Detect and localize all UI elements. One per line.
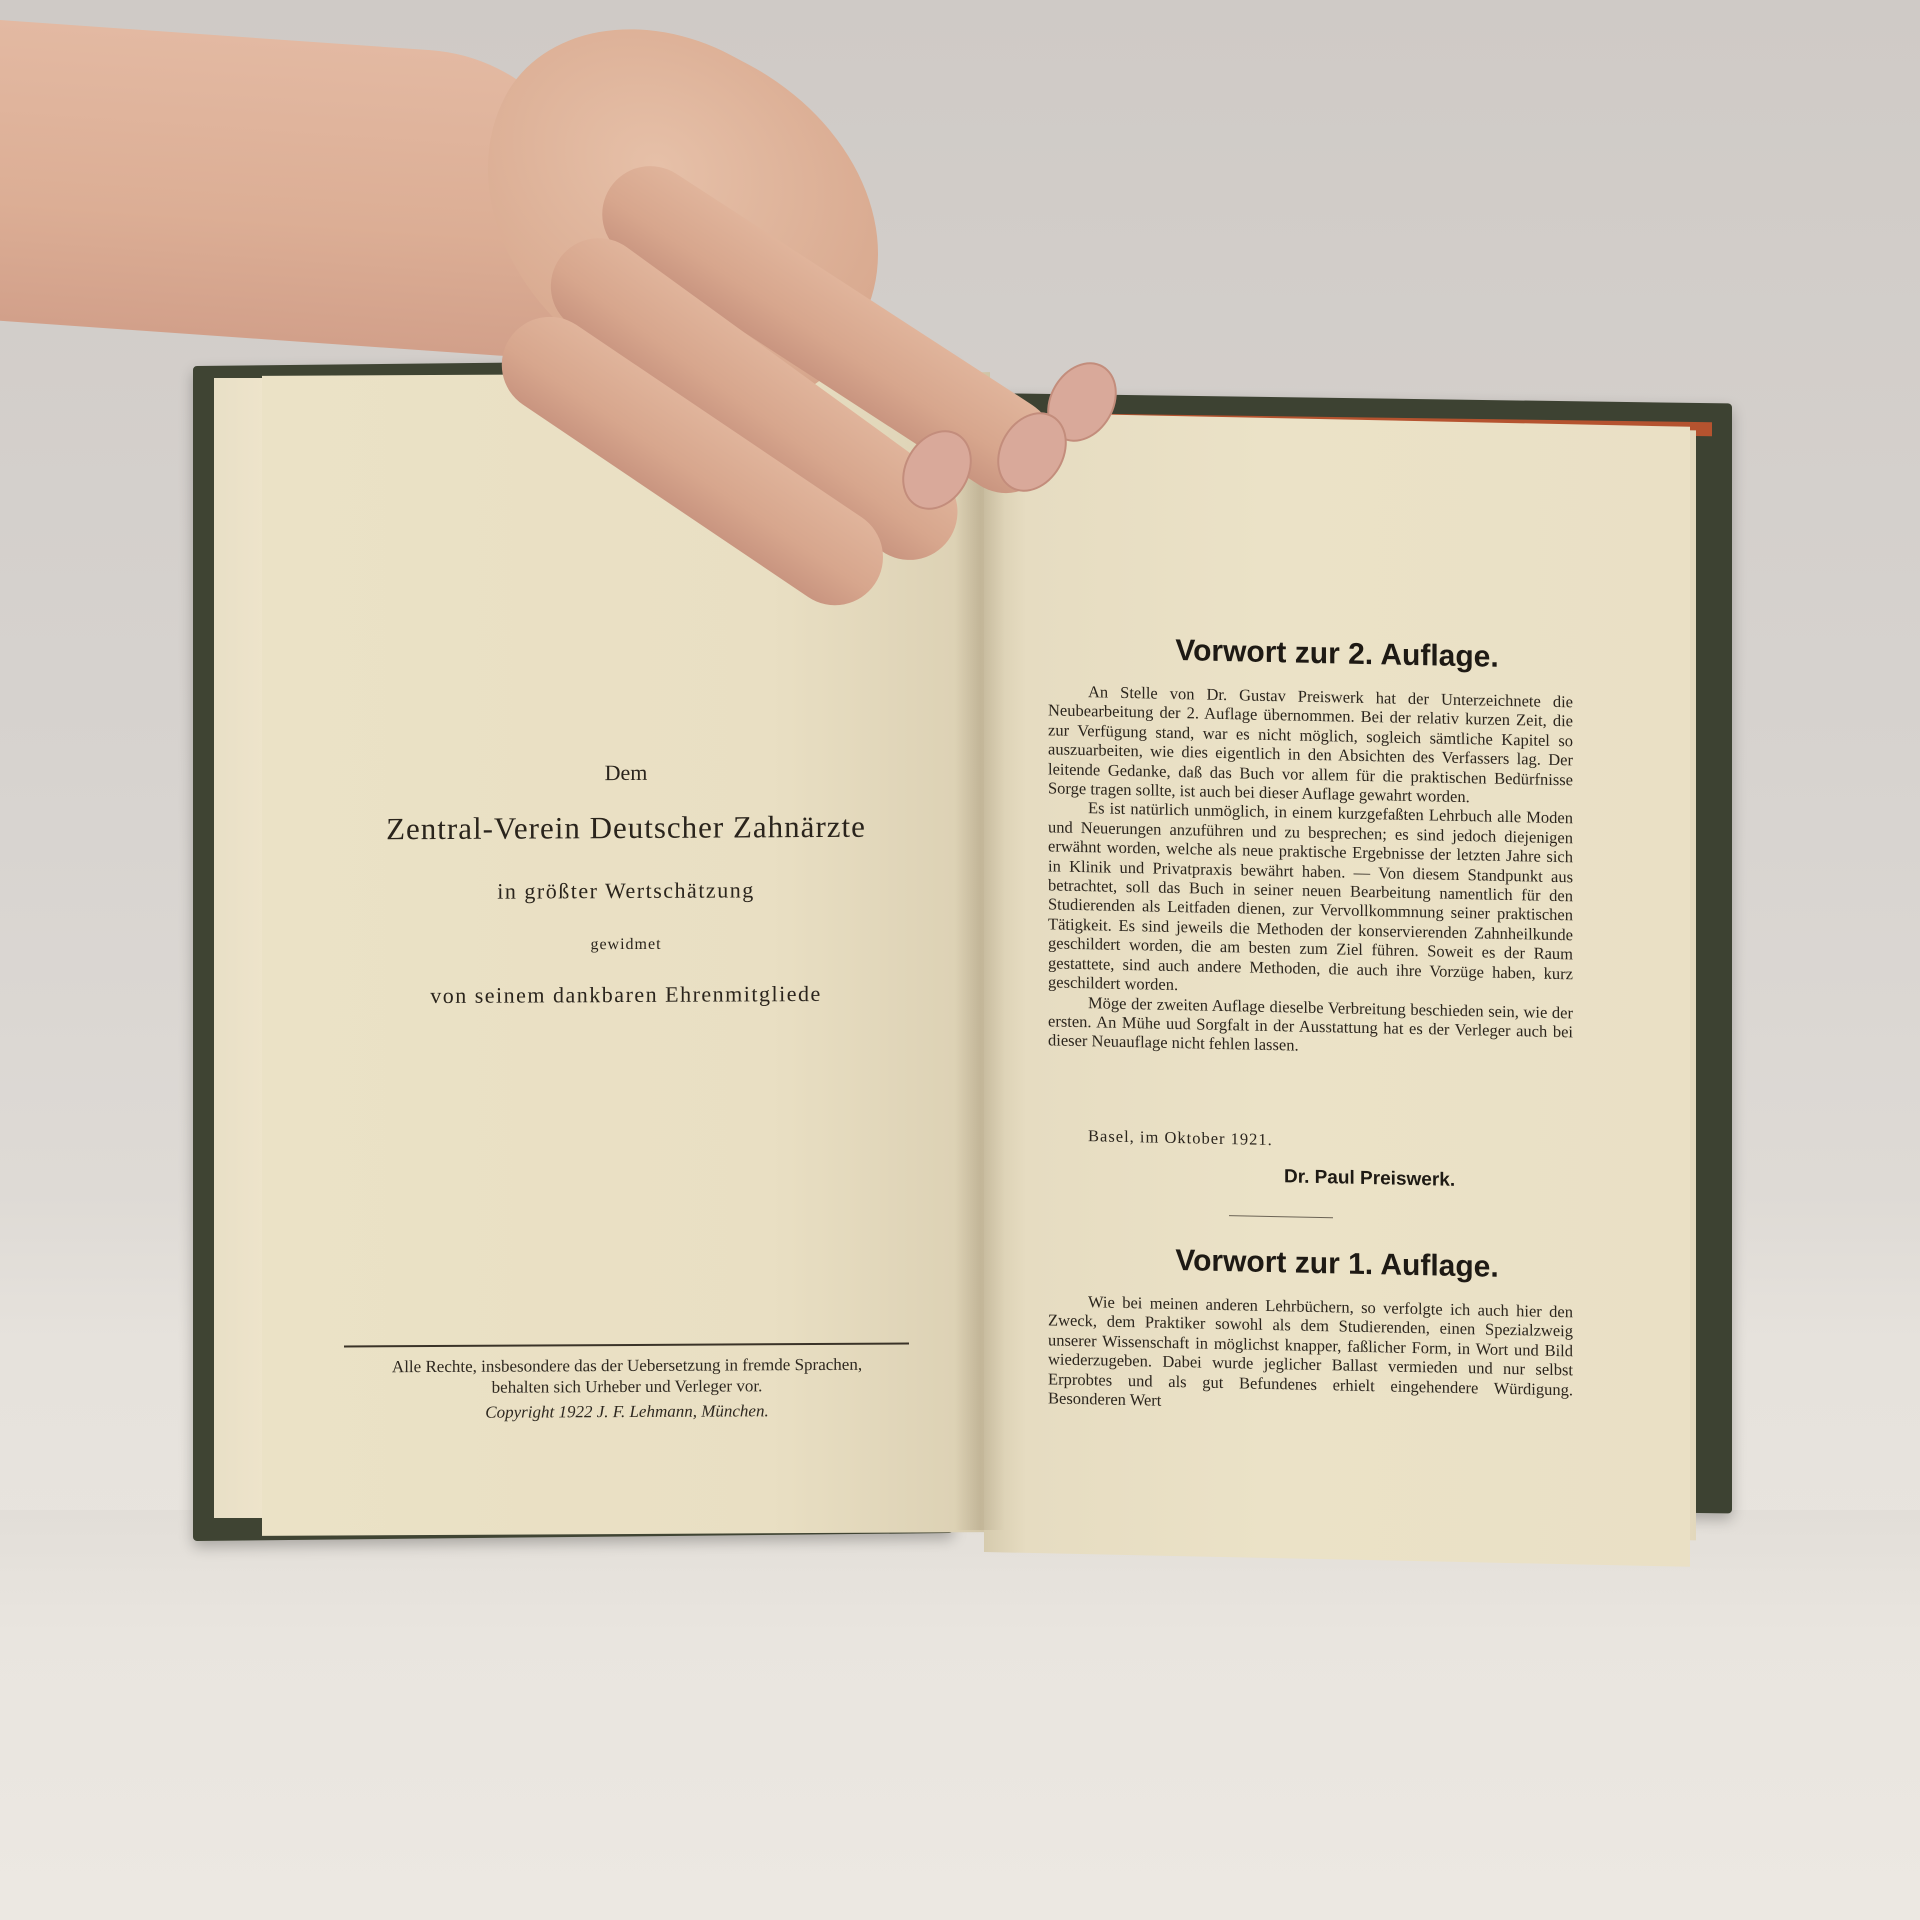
preface-1-body: Wie bei meinen anderen Lehrbüchern, so v… [1048,1291,1573,1418]
author-signature: Dr. Paul Preiswerk. [1284,1166,1455,1192]
paragraph: Wie bei meinen anderen Lehrbüchern, so v… [1048,1291,1573,1418]
paragraph: Es ist natürlich unmöglich, in einem kur… [1048,798,1573,1003]
preface-2-heading: Vorwort zur 2. Auflage. [984,630,1690,679]
paragraph: Möge der zweiten Auflage dieselbe Verbre… [1048,992,1573,1061]
table-surface [0,1510,1920,1920]
dedication-society-name: Zentral-Verein Deutscher Zahnärzte [262,808,990,848]
preface-1-heading: Vorwort zur 1. Auflage. [984,1240,1690,1289]
place-date: Basel, im Oktober 1921. [1088,1126,1273,1150]
right-page: Vorwort zur 2. Auflage. An Stelle von Dr… [984,412,1690,1567]
dedication-line-5: von seinem dankbaren Ehrenmitgliede [262,980,990,1010]
section-divider [1229,1215,1333,1218]
dedication-line-3: in größter Wertschätzung [262,876,990,906]
copyright-notice: Copyright 1922 J. F. Lehmann, München. [322,1400,932,1423]
paragraph: An Stelle von Dr. Gustav Preiswerk hat d… [1048,681,1573,808]
dedication-line-4: gewidmet [262,934,990,956]
book-gutter [955,420,1005,1530]
dedication-line-1: Dem [262,758,990,788]
preface-2-body: An Stelle von Dr. Gustav Preiswerk hat d… [1048,681,1573,1061]
rights-notice-line-1: Alle Rechte, insbesondere das der Uebers… [322,1354,932,1377]
rights-notice-line-2: behalten sich Urheber und Verleger vor. [322,1375,932,1398]
divider-rule [344,1343,909,1348]
